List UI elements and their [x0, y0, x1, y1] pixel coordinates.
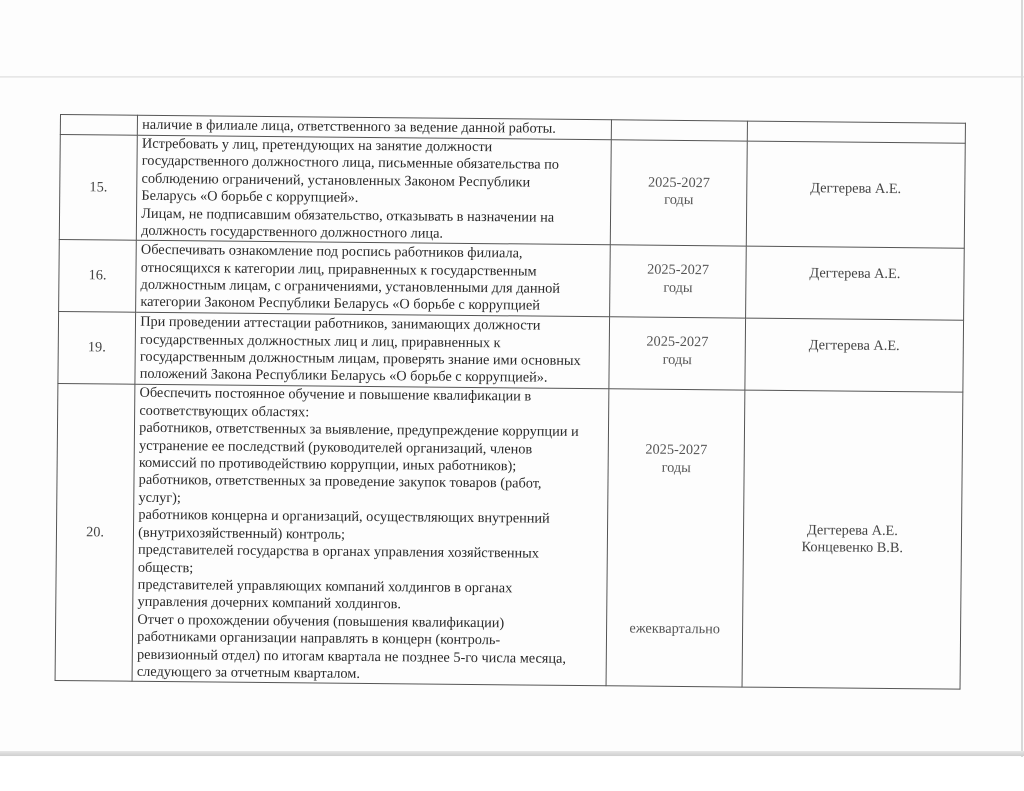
item-term: 2025-2027годы	[609, 317, 745, 390]
term-line: 2025-2027	[609, 442, 744, 461]
term-line: годы	[615, 279, 742, 298]
item-term: 2025-2027годы	[610, 245, 746, 318]
item-responsible: Дегтерева А.Е.	[746, 141, 965, 249]
table-row: 20.Обеспечить постоянное обучение и повы…	[55, 384, 963, 690]
table-row: 19.При проведении аттестации работников,…	[58, 312, 964, 393]
item-description: Истребовать у лиц, претендующих на занят…	[137, 135, 612, 245]
scanned-page: наличие в филиале лица, ответственного з…	[0, 0, 1024, 757]
responsible-person: Дегтерева А.Е.	[750, 265, 959, 284]
scan-artifact-line	[0, 76, 1024, 78]
scan-artifact-edge	[1021, 0, 1023, 757]
responsible-person: Дегтерева А.Е.	[748, 522, 957, 541]
item-number	[60, 115, 137, 136]
item-description: Обеспечивать ознакомление под роспись ра…	[136, 241, 611, 318]
term-line: 2025-2027	[614, 334, 741, 353]
term-line: 2025-2027	[616, 174, 743, 193]
term-frequency: ежеквартально	[607, 620, 742, 639]
term-line: 2025-2027	[615, 262, 742, 281]
item-term	[612, 120, 748, 141]
item-number: 15.	[59, 135, 137, 241]
item-number: 19.	[58, 312, 136, 385]
item-term: 2025-2027годыежеквартально	[606, 389, 744, 687]
item-responsible: Дегтерева А.Е.Концевенко В.В.	[742, 391, 963, 690]
item-number: 20.	[55, 384, 135, 682]
item-description: При проведении аттестации работников, за…	[135, 313, 610, 390]
responsible-person: Дегтерева А.Е.	[751, 180, 960, 199]
item-term: 2025-2027годы	[611, 140, 747, 247]
item-responsible	[747, 121, 965, 143]
item-description: Обеспечить постоянное обучение и повышен…	[132, 385, 609, 686]
item-responsible: Дегтерева А.Е.	[745, 247, 964, 321]
term-line: годы	[609, 459, 744, 478]
term-line: годы	[614, 351, 741, 370]
table-row: 16.Обеспечивать ознакомление под роспись…	[59, 240, 965, 321]
item-responsible: Дегтерева А.Е.	[745, 319, 964, 393]
responsible-person: Концевенко В.В.	[748, 539, 957, 558]
scan-artifact-line	[0, 751, 1024, 756]
item-number: 16.	[59, 240, 137, 313]
action-plan-table: наличие в филиале лица, ответственного з…	[55, 114, 966, 690]
table-row: 15.Истребовать у лиц, претендующих на за…	[59, 135, 965, 249]
responsible-person: Дегтерева А.Е.	[750, 337, 959, 356]
term-line: годы	[615, 192, 742, 211]
document-body: наличие в филиале лица, ответственного з…	[55, 114, 970, 690]
